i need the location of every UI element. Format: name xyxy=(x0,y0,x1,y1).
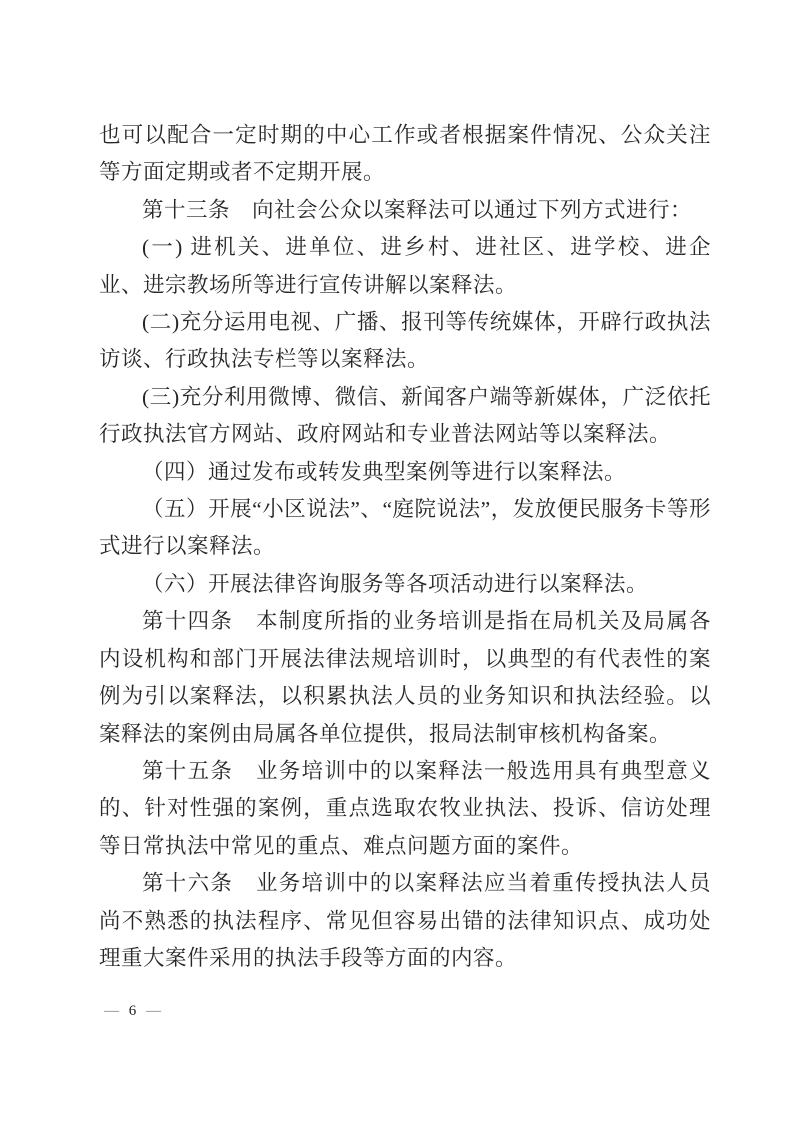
paragraph: （五）开展“小区说法”、“庭院说法”，发放便民服务卡等形式进行以案释法。 xyxy=(99,491,711,566)
document-body: 也可以配合一定时期的中心工作或者根据案件情况、公众关注等方面定期或者不定期开展。… xyxy=(99,117,711,977)
paragraph: (一) 进机关、进单位、进乡村、进社区、进学校、进企业、进宗教场所等进行宣传讲解… xyxy=(99,229,711,304)
paragraph: 第十三条 向社会公众以案释法可以通过下列方式进行： xyxy=(99,192,711,229)
paragraph: （六）开展法律咨询服务等各项活动进行以案释法。 xyxy=(99,566,711,603)
paragraph: (三)充分利用微博、微信、新闻客户端等新媒体，广泛依托行政执法官方网站、政府网站… xyxy=(99,379,711,454)
paragraph: 第十四条 本制度所指的业务培训是指在局机关及局属各内设机构和部门开展法律法规培训… xyxy=(99,603,711,753)
footer-dash-right: — xyxy=(146,1003,161,1019)
page-number: 6 xyxy=(129,1003,137,1019)
paragraph: 第十六条 业务培训中的以案释法应当着重传授执法人员尚不熟悉的执法程序、常见但容易… xyxy=(99,865,711,977)
document-page: 也可以配合一定时期的中心工作或者根据案件情况、公众关注等方面定期或者不定期开展。… xyxy=(0,0,793,1122)
paragraph: 第十五条 业务培训中的以案释法一般选用具有典型意义的、针对性强的案例，重点选取农… xyxy=(99,753,711,865)
page-footer: — 6 — xyxy=(101,1001,164,1021)
footer-dash-left: — xyxy=(104,1003,119,1019)
paragraph: 也可以配合一定时期的中心工作或者根据案件情况、公众关注等方面定期或者不定期开展。 xyxy=(99,117,711,192)
paragraph: （四）通过发布或转发典型案例等进行以案释法。 xyxy=(99,454,711,491)
paragraph: (二)充分运用电视、广播、报刊等传统媒体，开辟行政执法访谈、行政执法专栏等以案释… xyxy=(99,304,711,379)
